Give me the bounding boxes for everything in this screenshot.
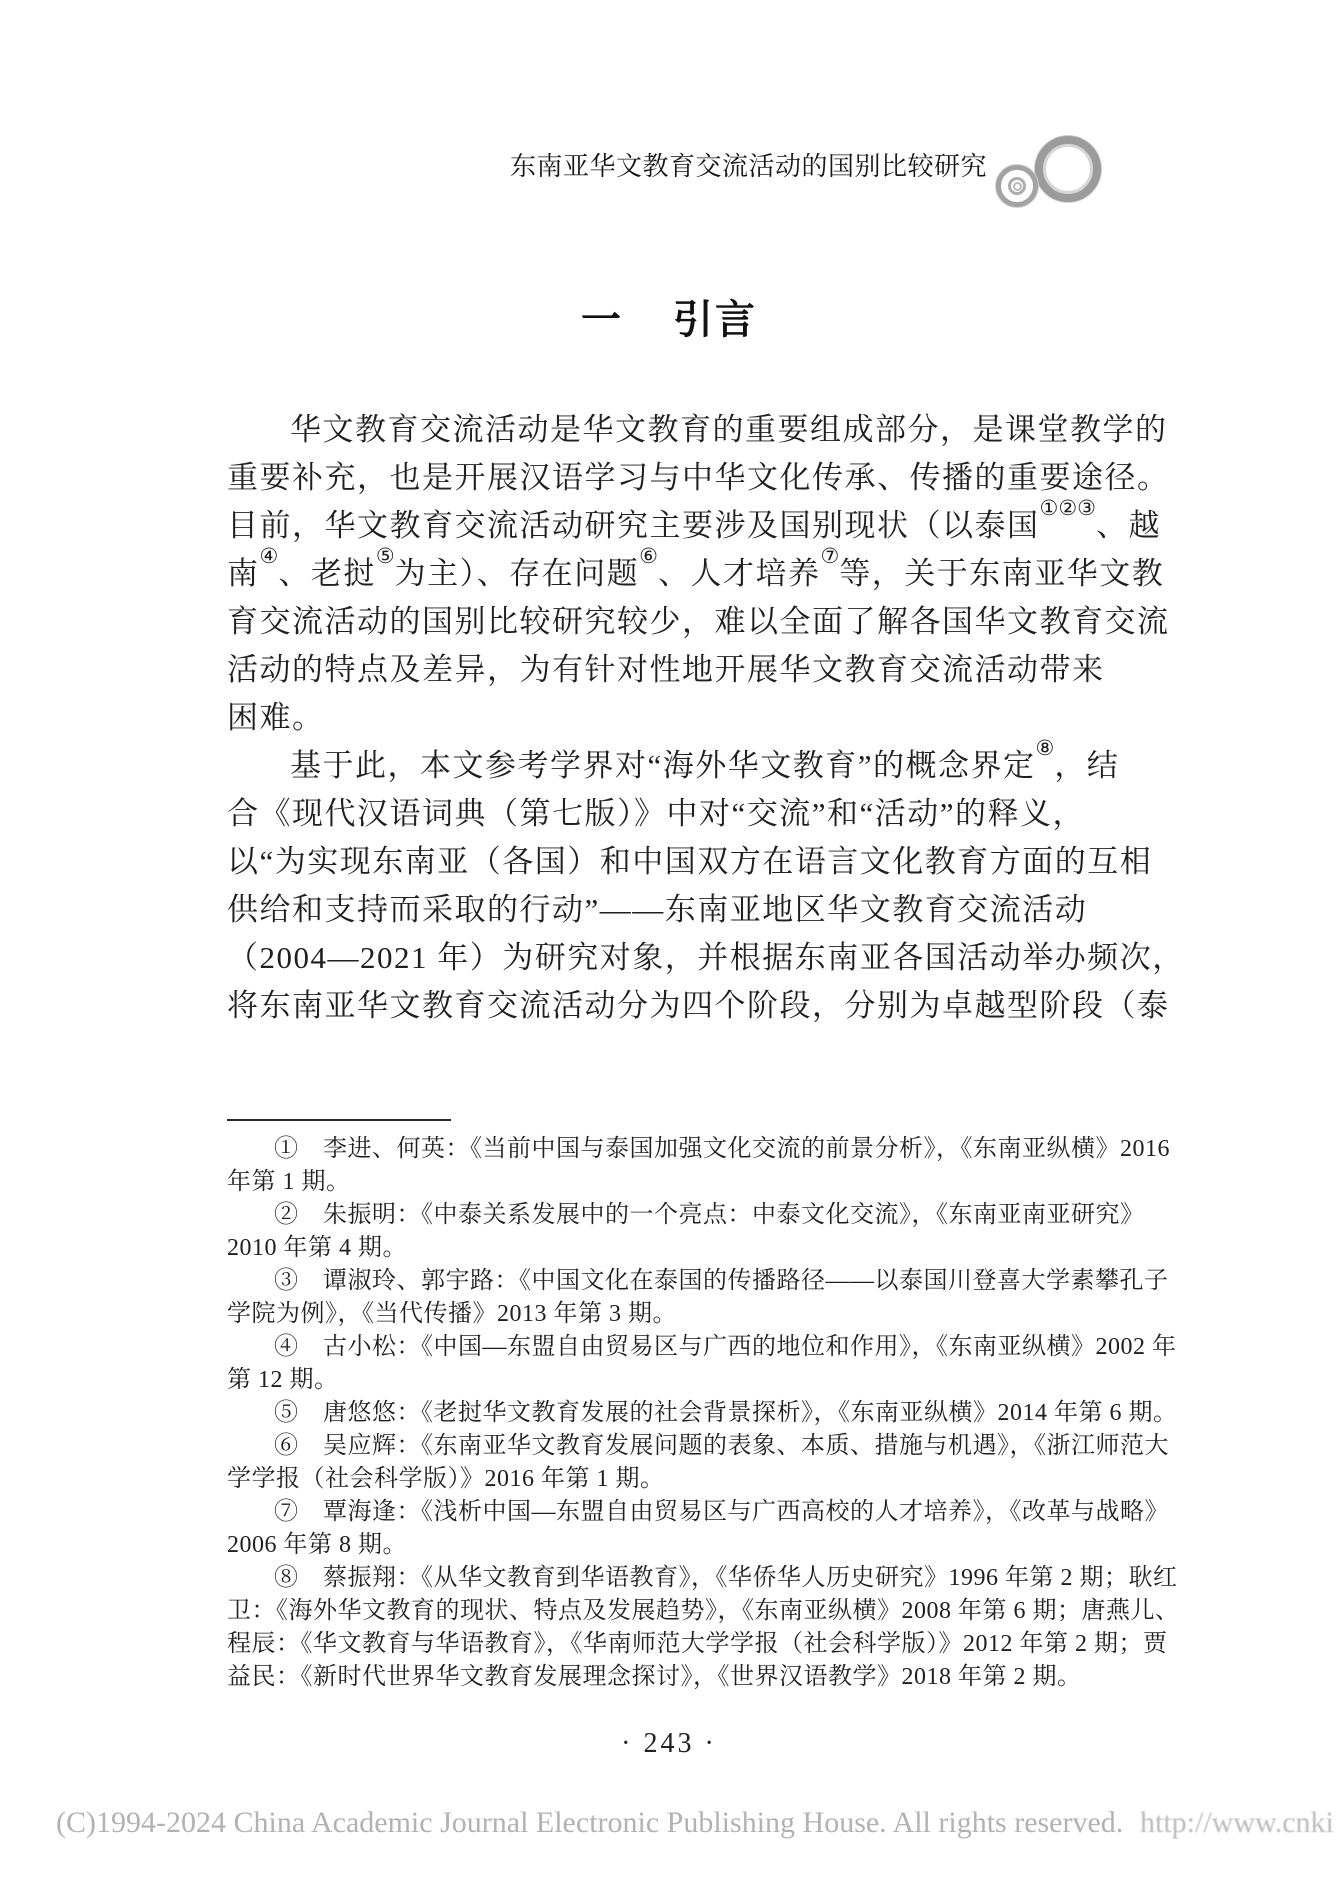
footnote-ref-marker: ① [1040, 496, 1059, 520]
footnote-line: 程辰：《华文教育与华语教育》，《华南师范大学学报（社会科学版）》2012 年第 … [227, 1628, 1167, 1661]
body-text-line: 重要补充，也是开展汉语学习与中华文化传承、传播的重要途径。 [227, 454, 1167, 502]
footnote-line: 益民：《新时代世界华文教育发展理念探讨》，《世界汉语教学》2018 年第 2 期… [227, 1661, 1167, 1694]
body-text-line: 南④、老挝⑤为主）、存在问题⑥、人才培养⑦等，关于东南亚华文教 [227, 550, 1167, 598]
body-paragraphs: 华文教育交流活动是华文教育的重要组成部分，是课堂教学的重要补充，也是开展汉语学习… [227, 406, 1167, 1030]
footnote-ref-marker: ④ [260, 544, 279, 568]
section-title-text: 引言 [673, 297, 757, 342]
body-text-line: （2004—2021 年）为研究对象，并根据东南亚各国活动举办频次， [227, 934, 1167, 982]
footnote-line: 2010 年第 4 期。 [227, 1232, 1167, 1265]
body-text-line: 供给和支持而采取的行动”——东南亚地区华文教育交流活动 [227, 886, 1167, 934]
body-text-line: 将东南亚华文教育交流活动分为四个阶段，分别为卓越型阶段（泰 [227, 982, 1167, 1030]
footnote-ref-marker: ③ [1077, 496, 1096, 520]
big-ring-icon [1035, 136, 1101, 202]
footnote-line: ② 朱振明：《中泰关系发展中的一个亮点：中泰文化交流》，《东南亚南亚研究》 [227, 1199, 1167, 1232]
footnote-line: ① 李进、何英：《当前中国与泰国加强文化交流的前景分析》，《东南亚纵横》2016 [227, 1133, 1167, 1166]
watermark: (C)1994-2024 China Academic Journal Elec… [0, 1806, 1338, 1846]
section-number: 一 [581, 297, 623, 342]
footnote-line: ⑤ 唐悠悠：《老挝华文教育发展的社会背景探析》，《东南亚纵横》2014 年第 6… [227, 1397, 1167, 1430]
footnote-line: ⑥ 吴应辉：《东南亚华文教育发展问题的表象、本质、措施与机遇》，《浙江师范大 [227, 1430, 1167, 1463]
page-number: · 243 · [0, 1728, 1338, 1760]
footnotes: ① 李进、何英：《当前中国与泰国加强文化交流的前景分析》，《东南亚纵横》2016… [227, 1133, 1167, 1694]
watermark-url: http://www.cnki [1140, 1806, 1334, 1840]
footnote-ref-marker: ⑧ [1036, 736, 1055, 760]
concentric-rings-logo-icon [995, 134, 1110, 234]
document-page: 东南亚华文教育交流活动的国别比较研究 一 引言 华文教育交流活动是华文教育的重要… [0, 0, 1338, 1890]
body-text-line: 华文教育交流活动是华文教育的重要组成部分，是课堂教学的 [227, 406, 1167, 454]
body-text-line: 合《现代汉语词典（第七版）》中对“交流”和“活动”的释义， [227, 790, 1167, 838]
footnote-ref-marker: ② [1058, 496, 1077, 520]
running-title: 东南亚华文教育交流活动的国别比较研究 [510, 152, 987, 180]
footnote-line: ③ 谭淑玲、郭宇路：《中国文化在泰国的传播路径——以泰国川登喜大学素攀孔子 [227, 1265, 1167, 1298]
footnote-line: 学院为例》，《当代传播》2013 年第 3 期。 [227, 1298, 1167, 1331]
body-text-line: 困难。 [227, 694, 1167, 742]
body-text-line: 育交流活动的国别比较研究较少，难以全面了解各国华文教育交流 [227, 598, 1167, 646]
small-ring-inner [1008, 177, 1026, 195]
body-text-line: 以“为实现东南亚（各国）和中国双方在语言文化教育方面的互相 [227, 838, 1167, 886]
watermark-copyright: (C)1994-2024 China Academic Journal Elec… [56, 1806, 1123, 1840]
footnote-line: ⑧ 蔡振翔：《从华文教育到华语教育》，《华侨华人历史研究》1996 年第 2 期… [227, 1562, 1167, 1595]
footnote-ref-marker: ⑥ [639, 544, 658, 568]
footnote-line: 学学报（社会科学版）》2016 年第 1 期。 [227, 1463, 1167, 1496]
footnote-line: ④ 古小松：《中国—东盟自由贸易区与广西的地位和作用》，《东南亚纵横》2002 … [227, 1331, 1167, 1364]
small-ring-core [1013, 182, 1022, 191]
body-text-line: 活动的特点及差异，为有针对性地开展华文教育交流活动带来 [227, 646, 1167, 694]
body-text-line: 目前，华文教育交流活动研究主要涉及国别现状（以泰国①②③、越 [227, 502, 1167, 550]
footnote-line: ⑦ 覃海逢：《浅析中国—东盟自由贸易区与广西高校的人才培养》，《改革与战略》 [227, 1496, 1167, 1529]
footnote-divider [227, 1119, 451, 1121]
footnote-line: 2006 年第 8 期。 [227, 1529, 1167, 1562]
body-text-line: 基于此，本文参考学界对“海外华文教育”的概念界定⑧，结 [227, 742, 1167, 790]
footnote-line: 年第 1 期。 [227, 1166, 1167, 1199]
footnote-ref-marker: ⑦ [820, 544, 839, 568]
small-ring-icon [996, 165, 1038, 207]
section-title: 一 引言 [0, 297, 1338, 343]
footnote-line: 第 12 期。 [227, 1364, 1167, 1397]
footnote-line: 卫：《海外华文教育的现状、特点及发展趋势》，《东南亚纵横》2008 年第 6 期… [227, 1595, 1167, 1628]
footnote-ref-marker: ⑤ [376, 544, 395, 568]
